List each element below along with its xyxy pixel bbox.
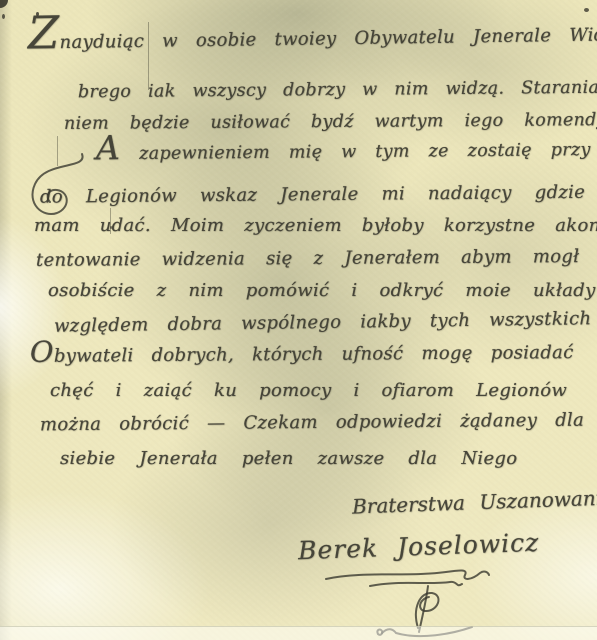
manuscript-page: Znayduiąc w osobie twoiey Obywatelu Jene… xyxy=(0,0,597,640)
manuscript-line-1: Znayduiąc w osobie twoiey Obywatelu Jene… xyxy=(28,23,597,53)
manuscript-line-6: mam udać. Moim zyczeniem byłoby korzystn… xyxy=(34,215,597,236)
manuscript-line-2: brego iak wszyscy dobrzy w nim widzą. St… xyxy=(78,78,597,103)
scan-artifact xyxy=(0,0,8,8)
manuscript-line-13: siebie Jenerała pełen zawsze dla Niego xyxy=(60,448,517,469)
manuscript-line-7: tentowanie widzenia się z Jenerałem abym… xyxy=(36,246,579,271)
manuscript-line-8: osobiście z nim pomówić i odkryć moie uk… xyxy=(48,280,596,301)
scan-artifact xyxy=(584,8,589,12)
margin-flourish xyxy=(16,150,100,242)
manuscript-line-9: względem dobra wspólnego iakby tych wszy… xyxy=(54,308,592,337)
manuscript-line-12: można obrócić — Czekam odpowiedzi żądane… xyxy=(40,410,584,436)
closing-line: Braterstwa Uszanowania xyxy=(352,485,597,518)
scan-edge xyxy=(0,626,597,640)
manuscript-line-10: Obywateli dobrych, których ufność mogę p… xyxy=(30,342,574,367)
manuscript-line-5: do Legionów wskaz Jenerale mi nadaiący g… xyxy=(40,181,597,207)
signature: Berek Joselowicz xyxy=(298,528,540,565)
manuscript-line-11: chęć i zaiąć ku pomocy i ofiarom Legionó… xyxy=(50,380,567,401)
manuscript-line-3: niem będzie usiłować bydź wartym iego ko… xyxy=(64,110,597,134)
scan-artifact xyxy=(2,14,5,19)
manuscript-line-4: A zapewnieniem mię w tym ze zostaię przy… xyxy=(96,140,597,165)
